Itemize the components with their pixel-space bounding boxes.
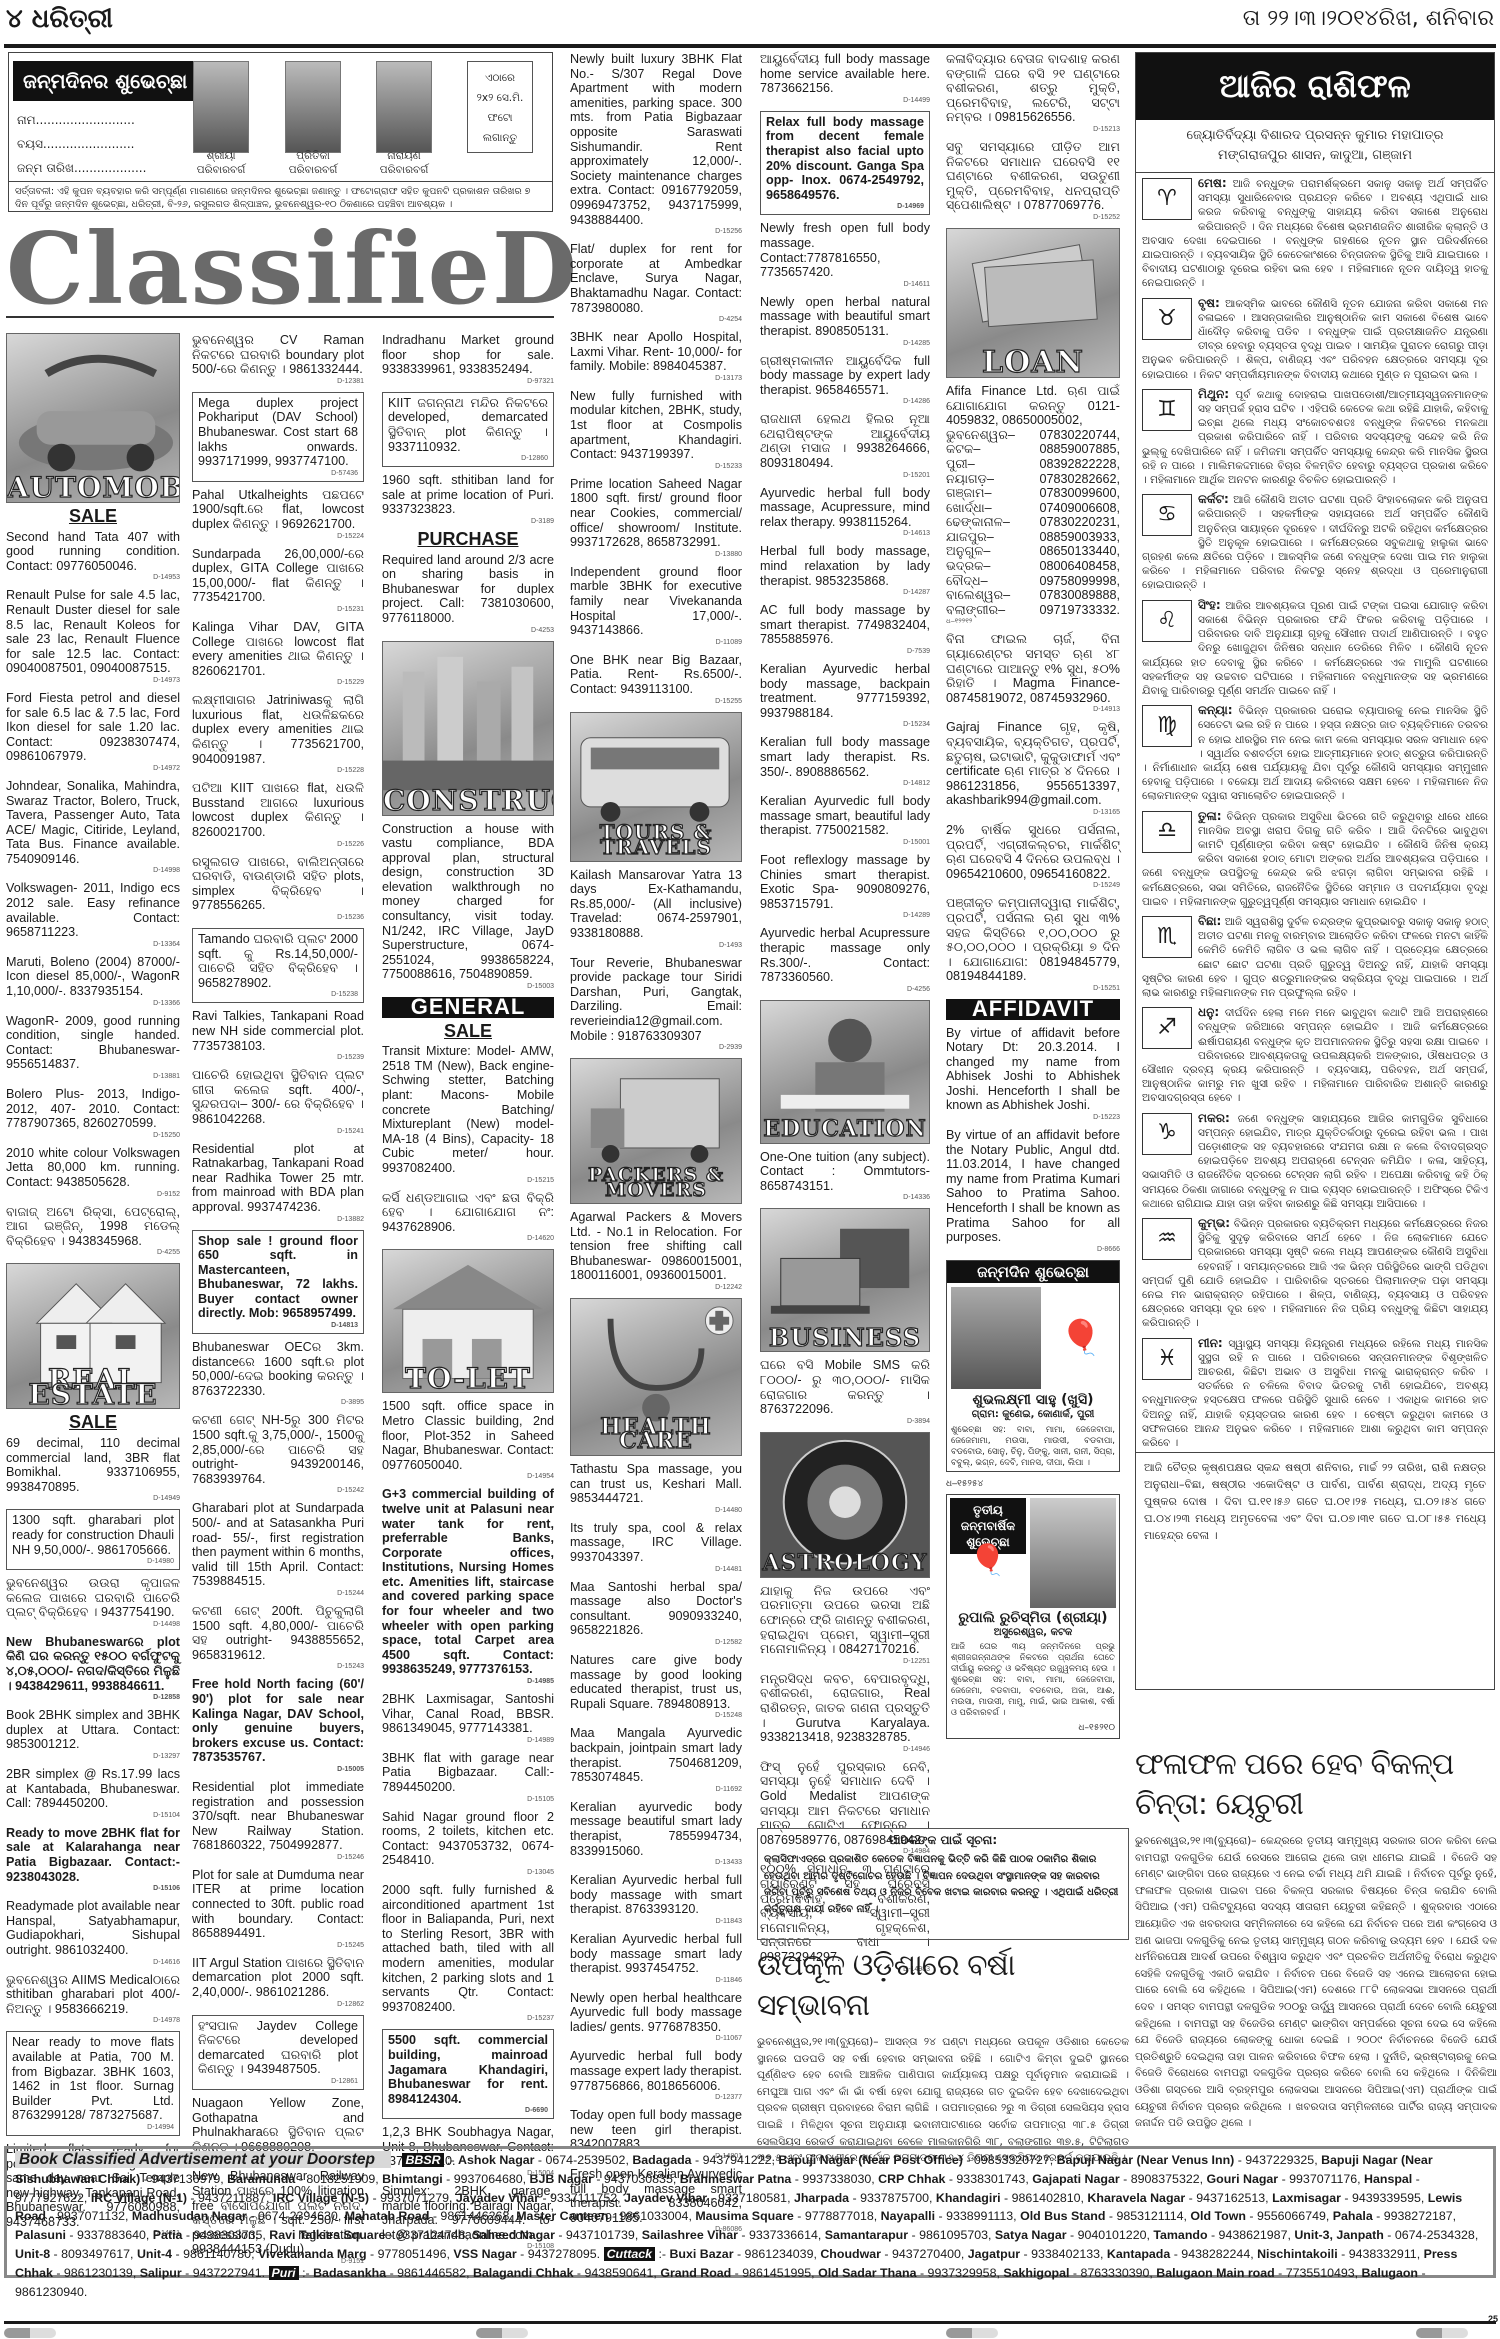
classified-ad: Book 2BHK simplex and 3BHK duplex at Utt… xyxy=(6,1708,180,1761)
classified-ad: Tour Reverie, Bhubaneswar provide packag… xyxy=(570,956,742,1053)
booking-agents-strip: Book Classified Advertisement at your Do… xyxy=(4,2146,1496,2278)
classified-ad: Indradhanu Market ground floor shop for … xyxy=(382,333,554,386)
page-label: ୪ ଧରିତ୍ରୀ xyxy=(6,4,113,35)
classified-ad: 2BHK Laxmisagar, Santoshi Vihar, Canal R… xyxy=(382,1692,554,1745)
classified-ad: Keralian full body massage smart lady th… xyxy=(760,735,930,788)
horoscope-sign: ♈ମେଷ: ଆଜି ବନ୍ଧୁଙ୍କ ପରାମର୍ଶକ୍ରମେ ସକାଳୁ ସକ… xyxy=(1136,173,1494,293)
zodiac-sign-icon: ♐ xyxy=(1142,1007,1192,1049)
news-rain-headline: ଉପକୂଳ ଓଡ଼ିଶାରେ ବର୍ଷା ସମ୍ଭାବନା xyxy=(757,1946,1129,2026)
zodiac-sign-icon: ♋ xyxy=(1142,494,1192,536)
balloons-icon-2: 🎈 xyxy=(950,1554,1026,1569)
classified-ad: କଟଣୀ ଗେଟ୍ 200ft. ପିଚୁକୁଲାଗି 1500 sqft. 4… xyxy=(192,1604,364,1671)
horoscope-sign: ♋କର୍କଟ: ଆଜି କୌଣସି ଅତୀତ ଘଟଣା ପ୍ରତି ସିଂହାବ… xyxy=(1136,489,1494,594)
classified-ad: ଭୁବନେଶ୍ୱର CV Raman ନିକଟରେ ଘରବାରି boundar… xyxy=(192,333,364,386)
classified-ad: Ayurvedic herbal Acupressure therapic ma… xyxy=(760,926,930,993)
classified-ad: Relax full body massage from decent fema… xyxy=(760,111,930,216)
classified-ad: Keralian Ayurvedic herbal full body mass… xyxy=(570,1932,742,1985)
classified-ad: 3BHK near Apollo Hospital, Laxmi Vihar. … xyxy=(570,330,742,383)
property-ad-list: ଭୁବନେଶ୍ୱର CV Raman ନିକଟରେ ଘରବାରି boundar… xyxy=(192,333,364,2266)
classified-ad: Herbal full body massage, mind relaxatio… xyxy=(760,544,930,597)
loan-branch-row: କଟକ–08859007885, xyxy=(946,442,1120,457)
classified-ad: କଟଣୀ ଗେଟ୍ NH-5ରୁ 300 ମିଟର 1500 sqft.କୁ 3… xyxy=(192,1413,364,1495)
birthday-coupon: ଜନ୍ମଦିନର ଶୁଭେଚ୍ଛା ନାମ...................… xyxy=(8,52,553,212)
classified-ad: ପଞ୍ଜୀକୃତ କମ୍ପାନୀଦ୍ୱାରା ମାର୍କଶିଟ୍, ପ୍ରପର୍… xyxy=(946,896,1120,993)
classified-ad: Johndear, Sonalika, Mahindra, Swaraz Tra… xyxy=(6,779,180,876)
automobile-ad-list: Second hand Tata 407 with good running c… xyxy=(6,530,180,1258)
general-banner: GENERAL xyxy=(382,997,554,1018)
scroll-handle-4[interactable] xyxy=(1416,2328,1468,2338)
education-banner: EDUCATION xyxy=(760,1000,930,1144)
zodiac-sign-icon: ♌ xyxy=(1142,600,1192,642)
loan-branch-row: ପୁରୀ–08392822228, xyxy=(946,457,1120,472)
classified-ad: Transit Mixture: Model- AMW, 2518 TM (Ne… xyxy=(382,1044,554,1184)
classified-ad: 3BHK flat with garage near Patia Bigbaza… xyxy=(382,1751,554,1804)
classified-ad: Ready to move 2BHK flat for sale at Kala… xyxy=(6,1826,180,1893)
classified-ad: Keralian Ayurvedic full body massage sma… xyxy=(760,794,930,847)
classified-ad: Agarwal Packers & Movers Ltd. - No.1 in … xyxy=(570,1210,742,1292)
horoscope-sign: ♎ତୁଳା: ବିଭିନ୍ନ ପ୍ରକାର ଅସୁବିଧା ଭିତରେ ଗତି … xyxy=(1136,806,1494,911)
classified-ad: Ayurvedic herbal full body massage exper… xyxy=(570,2049,742,2102)
dob-field: ଜନ୍ମ ତାରିଖ................... xyxy=(17,161,146,176)
astro-ad-list-2: କଳାବିଦ୍ୟାର ବେତାଜ ବାଦଶାହ କରଣ ବଙ୍ଗାଳି ଘରେ … xyxy=(946,52,1120,222)
classified-ad: IIT Argul Station ପାଖରେ ସ୍ଥିତିବାନ demarc… xyxy=(192,1956,364,2009)
column-property: ଭୁବନେଶ୍ୱର CV Raman ନିକଟରେ ଘରବାରି boundar… xyxy=(192,333,364,2272)
news-yechury-body: ଭୁବନେଶ୍ୱର,୨୧।୩(ବ୍ୟୁରୋ)– କେନ୍ଦ୍ରରେ ତୃତୀୟ … xyxy=(1135,1833,1497,2132)
classified-ad: Plot for sale at Dumduma near ITER at pr… xyxy=(192,1868,364,1950)
tours-ad-list: Kailash Mansarovar Yatra 13 days Ex-Kath… xyxy=(570,868,742,1053)
zodiac-sign-icon: ♏ xyxy=(1142,916,1192,958)
classified-ad: ବାଜାଜ୍ ଅଟୋ ରିକ୍ସା, ପେଟ୍ରୋଲ୍, ଆଗ ଇଞ୍ଜିନ୍,… xyxy=(6,1205,180,1258)
horoscope-sign: ♓ମୀନ: ସ୍ୱାସ୍ଥ୍ୟ ସମସ୍ୟା ନିୟନ୍ତ୍ରଣ ମଧ୍ୟରେ … xyxy=(1136,1333,1494,1453)
classified-ad: Free hold North facing (60'/ 90') plot f… xyxy=(192,1677,364,1774)
classified-ad: Gajraj Finance ଗୃହ, କୃଷି, ବ୍ୟବସାୟିକ, ବ୍ୟ… xyxy=(946,720,1120,817)
classified-ad: ମନ୍ତ୍ରସିଦ୍ଧ କବଚ, ବେପାରବୃଦ୍ଧି, ବଶୀକରଣ, ରୋ… xyxy=(760,1672,930,1754)
education-ad-list: One-One tuition (any subject). Contact :… xyxy=(760,1150,930,1203)
zodiac-sign-icon: ♍ xyxy=(1142,705,1192,747)
scroll-handle-3[interactable] xyxy=(946,2328,998,2338)
horoscope-sign: ♍କନ୍ୟା: ବିଭିନ୍ନ ପ୍ରକାରର ଘରୋଇ ବ୍ୟାପାରକୁ ନ… xyxy=(1136,700,1494,805)
affidavit-banner: AFFIDAVIT xyxy=(946,999,1120,1020)
horoscope-sign: ♏ବିଛା: ଆଜି ସ୍ୱରାଶିସ୍ଥ ଦୁର୍ବଳ ଚନ୍ଦ୍ରଙ୍କ କ… xyxy=(1136,911,1494,1002)
sample-photo-3 xyxy=(376,61,432,153)
bottom-rule xyxy=(4,2321,1496,2324)
loan-banner: LOAN xyxy=(946,228,1120,378)
horoscope-sign: ♑ମକର: ଜଣେ ବନ୍ଧୁଙ୍କ ସାହାଯ୍ୟରେ ଆଜିର କାମଗୁଡ… xyxy=(1136,1108,1494,1213)
classified-ad: ଗ୍ରୀଷ୍ମକାଳୀନ ଆୟୁର୍ବେଦିକ full body massag… xyxy=(760,354,930,407)
classified-ad: Foot reflexlogy massage by Chinies smart… xyxy=(760,853,930,920)
construction-ad-list: Construction a house with vastu complian… xyxy=(382,822,554,992)
classified-ad: Maruti, Boleno (2004) 87000/- Icon diese… xyxy=(6,955,180,1008)
classified-ad: Sahid Nagar ground floor 2 rooms, 2 toil… xyxy=(382,1810,554,1877)
column-massage-education: ଆୟୁର୍ବେଦୀୟ full body massage home servic… xyxy=(760,52,930,1980)
top-rule xyxy=(4,44,1496,48)
classified-ad: Ravi Talkies, Tankapani Road new NH side… xyxy=(192,1009,364,1062)
classified-ad: Near ready to move flats available at Pa… xyxy=(6,2031,180,2136)
horoscope-panel: ଆଜିର ରାଶିଫଳ ଜ୍ୟୋତିର୍ବିଦ୍ୟା ବିଶାରଦ ପ୍ରସନ୍… xyxy=(1135,52,1495,1690)
classified-ad: Maa Santoshi herbal spa/ massage also Do… xyxy=(570,1580,742,1647)
business-banner: BUSINESS xyxy=(760,1208,930,1352)
classified-ad: ଭୁବନେଶ୍ୱର ଉଉରା କୃପାଜଳ କଲେଜ ପାଖରେ ଘରବାରି … xyxy=(6,1576,180,1629)
horoscope-sign: ♒କୁମ୍ଭ: ବିଭିନ୍ନ ପ୍ରକାରର ବ୍ୟତିକ୍ରମ ମଧ୍ୟରେ… xyxy=(1136,1213,1494,1333)
photo-caption-1: ଶ୍ରୀୟାପରିବାରବର୍ଗ xyxy=(186,149,256,177)
classified-ad: Kailash Mansarovar Yatra 13 days Ex-Kath… xyxy=(570,868,742,950)
panjika: ଆଜି ଚୈତ୍ର କୃଷ୍ଣପକ୍ଷର ସ୍କନ୍ଦ ଷଷ୍ଠୀ ଶନିବାର… xyxy=(1136,1452,1494,1550)
classified-ad: Its truly spa, cool & relax massage, IRC… xyxy=(570,1521,742,1574)
health-ad-list: Tathastu Spa massage, you can trust us, … xyxy=(570,1462,742,2234)
coupon-title: ଜନ୍ମଦିନର ଶୁଭେଚ୍ଛା xyxy=(13,61,197,101)
construction-banner: CONSTRUCTION xyxy=(382,641,554,816)
classified-ad: By virtue of an affidavit before the Not… xyxy=(946,1128,1120,1254)
classified-ad: Second hand Tata 407 with good running c… xyxy=(6,530,180,583)
classified-ad: 1300 sqft. gharabari plot ready for cons… xyxy=(6,1509,180,1570)
loan-branch-row: ନୟାଗଡ଼–07830282662, xyxy=(946,472,1120,487)
realestate-ad-list: 69 decimal, 110 decimal commercial land,… xyxy=(6,1436,180,2239)
automobile-banner: AUTOMOBILE xyxy=(6,333,180,503)
classified-ad: Newly open herbal natural massage with b… xyxy=(760,295,930,348)
coupon-terms: ସର୍ତ୍ତାବଳୀ: ଏହି କୁପନ ବ୍ୟବହାର କରି ସମ୍ପୂର୍… xyxy=(9,181,552,214)
tours-banner: TOURS & TRAVELS xyxy=(570,712,742,862)
news-yechury: ଫଳାଫଳ ପରେ ହେବ ବିକଳ୍ପ ଚିନ୍ତା: ୟେଚୁରୀ ଭୁବନ… xyxy=(1135,1745,1497,2132)
general-sale-list: Transit Mixture: Model- AMW, 2518 TM (Ne… xyxy=(382,1044,554,1243)
photo-slot: ଏଠାରେ୨x୨ ସେ.ମି.ଫଟୋଲଗାନ୍ତୁ xyxy=(467,61,533,153)
column-loan-affidavit: କଳାବିଦ୍ୟାର ବେତାଜ ବାଦଶାହ କରଣ ବଙ୍ଗାଳି ଘରେ … xyxy=(946,52,1120,1743)
packers-ad-list: Agarwal Packers & Movers Ltd. - No.1 in … xyxy=(570,1210,742,1292)
scroll-handle-2[interactable] xyxy=(476,2328,528,2338)
classified-ad: Pahal Utkalheights ପଛପଟେ 1900/sqft.ରେ fl… xyxy=(192,488,364,541)
classified-ad: Shop sale ! ground floor 650 sqft. in Ma… xyxy=(192,1230,364,1335)
classified-ad: Required land around 2/3 acre on sharing… xyxy=(382,553,554,635)
zodiac-sign-icon: ♓ xyxy=(1142,1338,1192,1380)
classified-ad: ବିନା ଫାଇଲ ଚାର୍ଜ, ବିନା ଗ୍ୟାରେଣ୍ଟର ସମସ୍ତ ଋ… xyxy=(946,632,1120,714)
loan-branch-row: ଢେଙ୍କାନାଳ–07830220231, xyxy=(946,515,1120,530)
loan-branch-row: ଯାଜପୁର–08859003933, xyxy=(946,530,1120,545)
classified-ad: ଯାହାକୁ ନିଜ ଉପରେ ଏବଂ ପରମାତ୍ମା ଉପରେ ଭରସା ଅ… xyxy=(760,1584,930,1666)
classified-ad: Mega duplex project Pokhariput (DAV Scho… xyxy=(192,392,364,482)
horoscope-sign: ♊ମିଥୁନ: ପୂର୍ବ କଥାକୁ ଦୋହରାଇ ପାଖପଡୋଶୀ/ଆତ୍ମ… xyxy=(1136,384,1494,489)
balloons-icon: 🎈 xyxy=(1047,1287,1115,1389)
sample-photo-2 xyxy=(285,61,341,153)
classified-ad: Ford Fiesta petrol and diesel for sale 6… xyxy=(6,691,180,773)
classified-ad: Prime location Saheed Nagar 1800 sqft. f… xyxy=(570,477,742,559)
business-ad-list: ଘରେ ବସି Mobile SMS କରି ୮୦୦୦/- ରୁ ୩୦,୦୦୦/… xyxy=(760,1358,930,1425)
loan-branch-row: ବଲାଙ୍ଗୀର–09719733332. xyxy=(946,603,1120,618)
birthday-ad-1-code: ଧ–୧୫୨୫୪ xyxy=(946,1476,1120,1491)
name-field: ନାମ.......................... xyxy=(17,113,135,128)
property-ad-list-2: Indradhanu Market ground floor shop for … xyxy=(382,333,554,526)
loan-branch-row: ଗଞ୍ଜାମ–07830099600, xyxy=(946,486,1120,501)
horoscope-sign: ♐ଧନୁ: ଦୀର୍ଘଦିନ ହେଲା ମନେ ମନେ ଭାବୁଥିବା କଥା… xyxy=(1136,1002,1494,1107)
classified-ad: 1500 sqft. office space in Metro Classic… xyxy=(382,1399,554,1481)
classified-ad: Renault Pulse for sale 4.5 lac, Renault … xyxy=(6,588,180,685)
loan-branch-row: ଭୁବନେଶ୍ୱର–07830220744, xyxy=(946,428,1120,443)
classified-ad: Independent ground floor marble 3BHK for… xyxy=(570,565,742,647)
classified-ad: 2010 white colour Volkswagen Jetta 80,00… xyxy=(6,1146,180,1199)
packers-banner: PACKERS & MOVERS xyxy=(570,1058,742,1204)
classified-ad: ଭୁବନେଶ୍ୱର AIIMS Medicalଠାରେ sthitiban gh… xyxy=(6,1973,180,2026)
real-estate-banner: REAL ESTATE xyxy=(6,1263,180,1409)
loan-branch-row: ଭଦ୍ରକ–08006408458, xyxy=(946,559,1120,574)
classified-ad: ରାଜଧାନୀ ହେଲଥ ହିଲର ନୂଆ ଥେରାପିଷ୍ଟଙ୍କ ଆୟୁର୍… xyxy=(760,412,930,479)
classified-ad: Maa Mangala Ayurvedic backpain, jointpai… xyxy=(570,1726,742,1793)
loan-ad-list: ବିନା ଫାଇଲ ଚାର୍ଜ, ବିନା ଗ୍ୟାରେଣ୍ଟର ସମସ୍ତ ଋ… xyxy=(946,632,1120,992)
sale-heading: SALE xyxy=(6,509,180,524)
astrologer-byline: ଜ୍ୟୋତିର୍ବିଦ୍ୟା ବିଶାରଦ ପ୍ରସନ୍ନ କୁମାର ମହାପ… xyxy=(1136,120,1494,173)
birthday-ad-1: ଜନ୍ମଦିନ ଶୁଭେଚ୍ଛା 🎈 ଶୁଭଲକ୍ଷ୍ମୀ ସାହୁ (ଖୁସି… xyxy=(946,1260,1120,1472)
child-photo-1 xyxy=(951,1287,1041,1389)
classified-ad: Tathastu Spa massage, you can trust us, … xyxy=(570,1462,742,1515)
classified-ad: KIIT ଜଗନ୍ନାଥ ମନ୍ଦିର ନିକଟରେ developed, de… xyxy=(382,392,554,467)
classified-ad: 2000 sqft. fully furnished & airconditio… xyxy=(382,1883,554,2023)
region-tag: BBSR xyxy=(402,2153,443,2167)
horoscope-sign: ♌ସିଂହ: ଆଜିର ଆବଶ୍ୟକତା ପୂରଣ ପାଇଁ ଟଙ୍କା ପଇସ… xyxy=(1136,595,1494,700)
classified-ad: 1960 sqft. sthitiban land for sale at pr… xyxy=(382,473,554,526)
loan-branch-row: ବୌଦ୍ଧ–09758099998, xyxy=(946,574,1120,589)
classified-ad: 69 decimal, 110 decimal commercial land,… xyxy=(6,1436,180,1503)
classified-ad: Keralian Ayurvedic herbal body massage, … xyxy=(760,662,930,729)
column-rent-travel-health: Newly built luxury 3BHK Flat No.- S/307 … xyxy=(570,52,742,2240)
classified-ad: ଆୟୁର୍ବେଦୀୟ full body massage home servic… xyxy=(760,52,930,105)
masthead: ୪ ଧରିତ୍ରୀ ତା ୨୨।୩।୨୦୧୪ରିଖ, ଶନିବାର xyxy=(6,4,1494,48)
classified-ad: Residential plot at Ratnakarbag, Tankapa… xyxy=(192,1142,364,1224)
classified-ad: AC full body massage by smart therapist.… xyxy=(760,603,930,656)
loan-ad-afifa: Afifa Finance Ltd. ଋଣ ପାଇଁ ଯୋଗାଯୋଗ କରନ୍ତ… xyxy=(946,384,1120,627)
zodiac-sign-icon: ♎ xyxy=(1142,811,1192,853)
classified-ad: କର୍ସି ଧଣ୍ଡଆଗାଇ ଏବଂ ଛତା ବିକ୍ରି ହେବ । ଯୋଗା… xyxy=(382,1191,554,1244)
zodiac-sign-icon: ♊ xyxy=(1142,389,1192,431)
classified-ad: ହଂସପାଳ Jaydev College ନିକଟରେ developed d… xyxy=(192,2015,364,2090)
agents-lead: Book Classified Advertisement at your Do… xyxy=(15,2151,391,2168)
rent-ad-list: Newly built luxury 3BHK Flat No.- S/307 … xyxy=(570,52,742,706)
classified-ad: Tamando ଘରବାରି ପ୍ଲଟ 2000 sqft. କୁ Rs.14,… xyxy=(192,928,364,1003)
region-tag: Cuttack xyxy=(604,2247,655,2261)
classified-ad: Flat/ duplex for rent for corporate at A… xyxy=(570,242,742,324)
page-number: 25 xyxy=(1488,2314,1498,2324)
age-field: ବୟସ........................ xyxy=(17,137,134,152)
classified-ad: ରସୁଲଗଡ ପାଖରେ, ବାଲିଅନ୍ତାରେ ଘରବାଡି, ବାଉଣ୍ଡ… xyxy=(192,855,364,922)
region-tag: Puri xyxy=(269,2266,299,2280)
classified-ad: New fully furnished with modular kitchen… xyxy=(570,389,742,471)
purchase-heading: PURCHASE xyxy=(382,532,554,547)
classified-ad: Gharabari plot at Sundarpada 500/- and a… xyxy=(192,1501,364,1598)
horoscope-sign: ♉ବୃଷ: ଆକସ୍ମିକ ଭାବରେ କୌଣସି ନୂତନ ଯୋଜନା କରି… xyxy=(1136,293,1494,384)
classified-ad: Residential plot immediate registration … xyxy=(192,1780,364,1862)
classified-ad: By virtue of affidavit before Notary Dt:… xyxy=(946,1026,1120,1123)
classified-ad: Natures care give body massage by good l… xyxy=(570,1653,742,1720)
reader-notice: ପାଠକଙ୍କ ପାଇଁ ସୂଚନା: କ୍ଲାସିଫାଏଡ୍‌ରେ ପ୍ରକା… xyxy=(757,1828,1129,1940)
classified-ad: Newly fresh open full body massage. Cont… xyxy=(760,221,930,288)
loan-branch-row: ବାଲେଶ୍ୱର–07830089888, xyxy=(946,588,1120,603)
classified-ad: 5500 sqft. commercial building, mainroad… xyxy=(382,2029,554,2119)
classified-ad: New Bhubaneswarରେ plot କିଣି ଘର କରନ୍ତୁ ୧୫… xyxy=(6,1635,180,1702)
sample-photo-1 xyxy=(193,61,249,153)
classified-ad: Bhubaneswar OECର 3km. distanceରେ 1600 sq… xyxy=(192,1340,364,1407)
classified-ad: ଘରେ ବସି Mobile SMS କରି ୮୦୦୦/- ରୁ ୩୦,୦୦୦/… xyxy=(760,1358,930,1425)
zodiac-sign-icon: ♈ xyxy=(1142,178,1192,220)
classified-ad: Volkswagen- 2011, Indigo ecs 2012 sale. … xyxy=(6,881,180,948)
classified-ad: 2BR simplex @ Rs.17.99 lacs at Kantabada… xyxy=(6,1767,180,1820)
column-general: Indradhanu Market ground floor shop for … xyxy=(382,333,554,2257)
classified-ad: 2% ବାର୍ଷିକ ସୁଧରେ ପର୍ସନାଲ, ପ୍ରପର୍ଟି, ଏଗ୍ର… xyxy=(946,823,1120,890)
classified-ad: Keralian ayurvedic body message beautifu… xyxy=(570,1800,742,1867)
classified-ad: Sundarpada 26,00,000/-ରେ duplex, GITA Co… xyxy=(192,547,364,614)
affidavit-list: By virtue of affidavit before Notary Dt:… xyxy=(946,1026,1120,1254)
classified-ad: Kalinga Vihar DAV, GITA College ପାଖରେ lo… xyxy=(192,620,364,687)
classified-ad: One-One tuition (any subject). Contact :… xyxy=(760,1150,930,1203)
classified-ad: Construction a house with vastu complian… xyxy=(382,822,554,992)
classified-ad: Readymade plot available near Hanspal, S… xyxy=(6,1899,180,1966)
loan-branch-row: ଅନୁଗୁଳ–08650133440, xyxy=(946,544,1120,559)
classified-ad: Ayurvedic herbal full body massage, Acup… xyxy=(760,486,930,539)
classified-ad: Newly built luxury 3BHK Flat No.- S/307 … xyxy=(570,52,742,236)
issue-date: ତା ୨୨।୩।୨୦୧୪ରିଖ, ଶନିବାର xyxy=(1243,6,1494,31)
purchase-ad-list: Required land around 2/3 acre on sharing… xyxy=(382,553,554,635)
photo-caption-2: ପ୍ରିତିକାପରିବାରବର୍ଗ xyxy=(278,149,348,177)
news-yechury-headline: ଫଳାଫଳ ପରେ ହେବ ବିକଳ୍ପ ଚିନ୍ତା: ୟେଚୁରୀ xyxy=(1135,1745,1497,1825)
news-rain: ଉପକୂଳ ଓଡ଼ିଶାରେ ବର୍ଷା ସମ୍ଭାବନା ଭୁବନେଶ୍ୱର,… xyxy=(757,1946,1129,2167)
general-sale-heading: SALE xyxy=(382,1024,554,1039)
classified-ad: Newly open herbal healthcare Ayurvedic f… xyxy=(570,1991,742,2044)
classified-ad: One BHK near Big Bazaar, Patia. Rent- Rs… xyxy=(570,653,742,706)
classified-ad: ପଟିଆ KIIT ପାଖରେ flat, ଧଉଳି Busstand ଆଗରେ… xyxy=(192,781,364,848)
loan-branch-row: ଖୋର୍ଦ୍ଧା–07409006608, xyxy=(946,501,1120,516)
classified-ad: WagonR- 2009, good running condition, si… xyxy=(6,1014,180,1081)
classified-ad: G+3 commercial building of twelve unit a… xyxy=(382,1487,554,1686)
zodiac-sign-icon: ♉ xyxy=(1142,298,1192,340)
health-banner: HEALTH CARE xyxy=(570,1298,742,1456)
classified-title: ClassifieD xyxy=(6,218,554,318)
horoscope-title: ଆଜିର ରାଶିଫଳ xyxy=(1136,53,1494,120)
horoscope-signs: ♈ମେଷ: ଆଜି ବନ୍ଧୁଙ୍କ ପରାମର୍ଶକ୍ରମେ ସକାଳୁ ସକ… xyxy=(1136,173,1494,1452)
child-photo-2 xyxy=(1030,1498,1116,1608)
classified-ad: ପାଚେରି ହୋଇଥିବା ସ୍ଥିତିବାନ ପ୍ଲଟ ଗୀତା କଲେଜ … xyxy=(192,1068,364,1135)
classified-ad: ଲକ୍ଷ୍ମୀସାଗର Jatriniwasକୁ ଲାଗି luxurious … xyxy=(192,693,364,775)
astrology-banner: ASTROLOGY xyxy=(760,1432,930,1578)
to-let-ad-list: 1500 sqft. office space in Metro Classic… xyxy=(382,1399,554,2251)
classified-ad: Bolero Plus- 2013, Indigo- 2012, 407- 20… xyxy=(6,1087,180,1140)
birthday-ad-2: ତୃତୀୟ ଜନ୍ମବାର୍ଷିକ ଶୁଭେଚ୍ଛା 🎈 ରୁପାଲି ରୁଚି… xyxy=(946,1494,1120,1739)
sale-heading-2: SALE xyxy=(6,1415,180,1430)
photo-caption-3: ନାରାୟଣପରିବାରବର୍ଗ xyxy=(369,149,439,177)
massage-ad-list: ଆୟୁର୍ବେଦୀୟ full body massage home servic… xyxy=(760,52,930,994)
classified-ad: କଳାବିଦ୍ୟାର ବେତାଜ ବାଦଶାହ କରଣ ବଙ୍ଗାଳି ଘରେ … xyxy=(946,52,1120,134)
to-let-banner: TO-LET xyxy=(382,1249,554,1393)
column-automobile-realestate: AUTOMOBILE SALE Second hand Tata 407 wit… xyxy=(6,333,180,2244)
zodiac-sign-icon: ♒ xyxy=(1142,1218,1192,1260)
classified-ad: Keralian Ayurvedic herbal full body mass… xyxy=(570,1873,742,1926)
classified-ad: ସବୁ ସମସ୍ୟାରେ ପୀଡ଼ିତ ଆମ ନିକଟରେ ସମାଧାନ ଘରେ… xyxy=(946,140,1120,222)
zodiac-sign-icon: ♑ xyxy=(1142,1113,1192,1155)
scroll-handle-1[interactable] xyxy=(4,2328,56,2338)
